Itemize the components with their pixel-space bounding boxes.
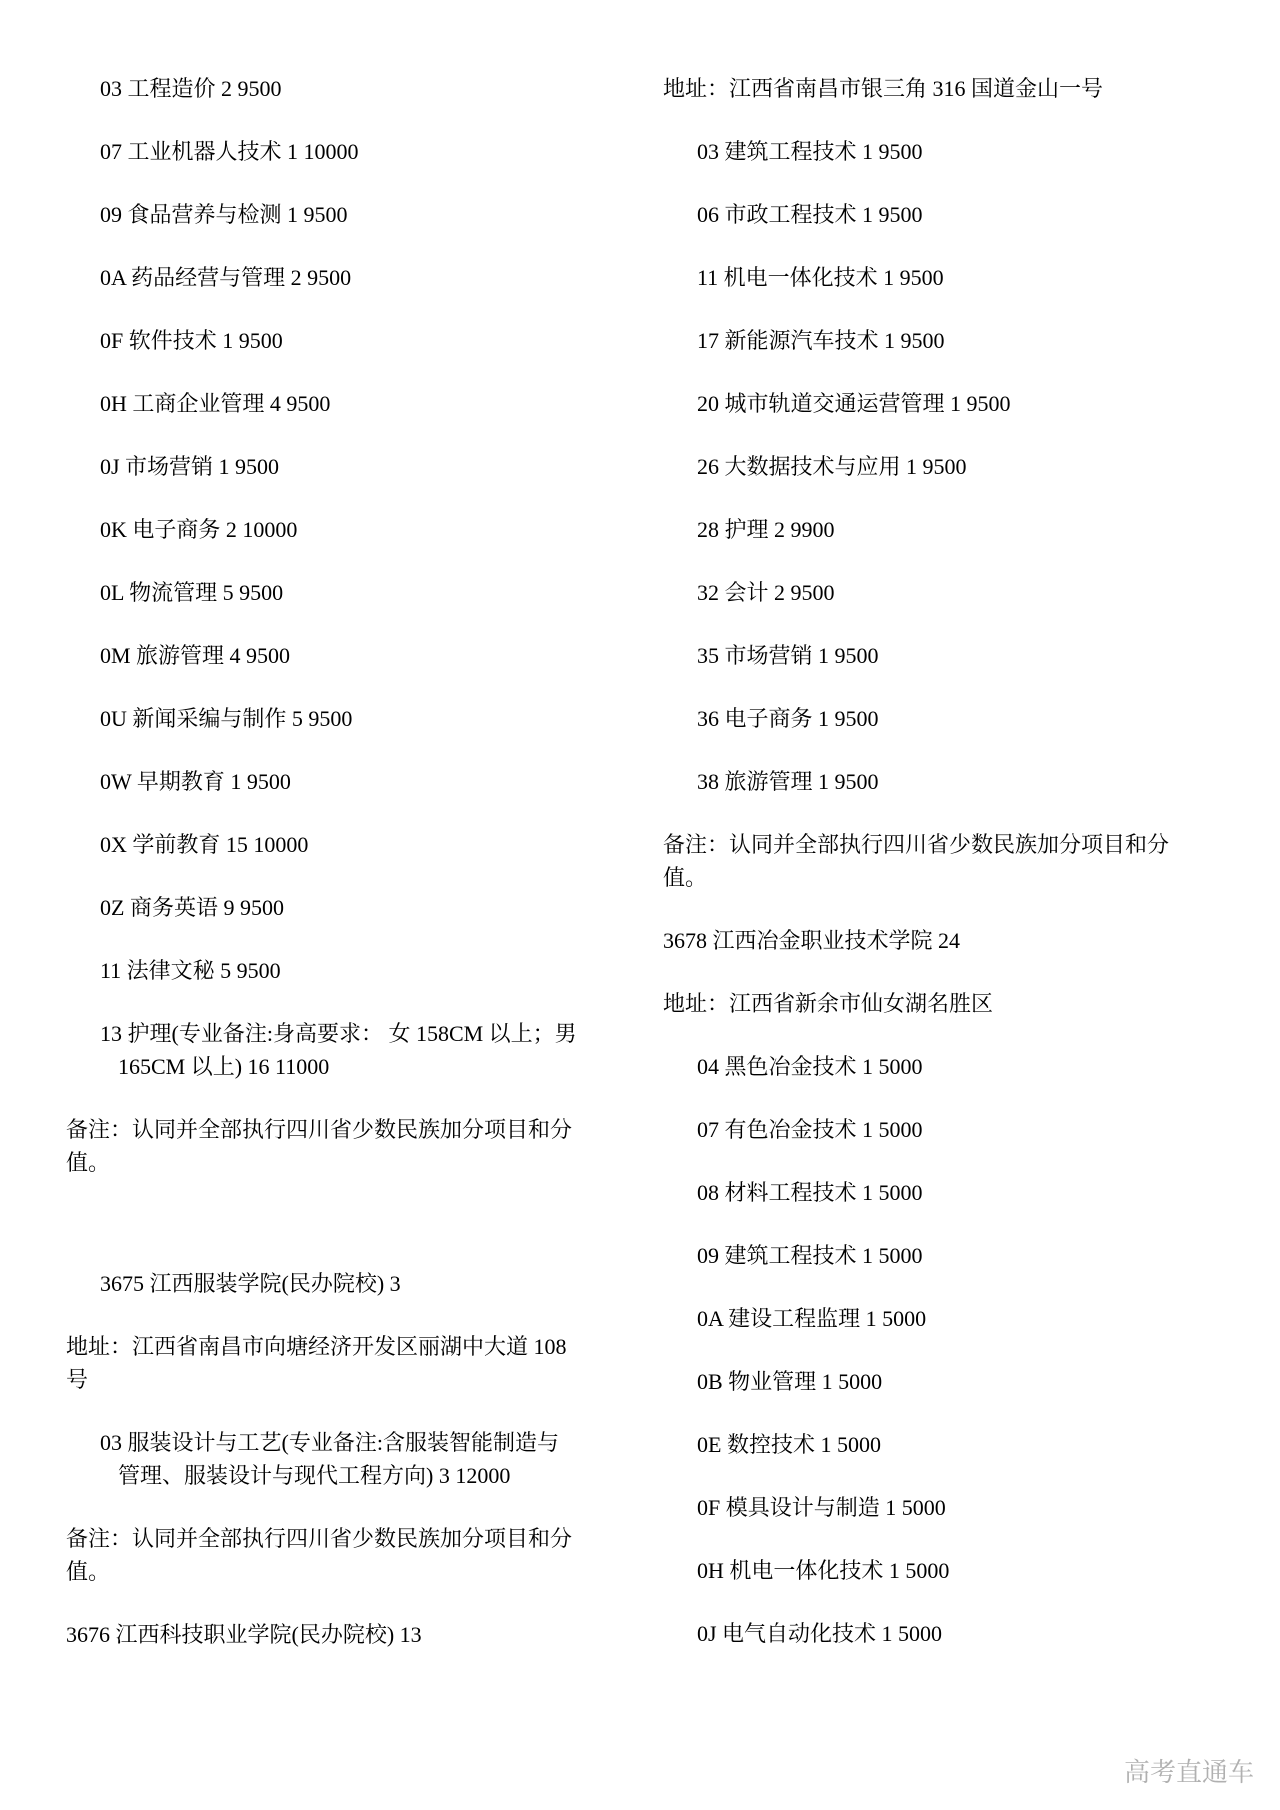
major-row: 03 服装设计与工艺(专业备注:含服装智能制造与 管理、服装设计与现代工程方向)… <box>66 1426 618 1492</box>
major-row: 35 市场营销 1 9500 <box>663 639 1215 672</box>
left-column: 03 工程造价 2 9500 07 工业机器人技术 1 10000 09 食品营… <box>66 72 618 1681</box>
major-row: 0Z 商务英语 9 9500 <box>66 891 618 924</box>
document-body: 03 工程造价 2 9500 07 工业机器人技术 1 10000 09 食品营… <box>66 72 1215 1681</box>
major-row: 38 旅游管理 1 9500 <box>663 765 1215 798</box>
major-row: 0X 学前教育 15 10000 <box>66 828 618 861</box>
major-row: 28 护理 2 9900 <box>663 513 1215 546</box>
address-row: 地址：江西省新余市仙女湖名胜区 <box>663 987 1215 1020</box>
school-row: 3675 江西服装学院(民办院校) 3 <box>66 1267 618 1300</box>
major-row: 08 材料工程技术 1 5000 <box>663 1176 1215 1209</box>
admission-plan-page: 03 工程造价 2 9500 07 工业机器人技术 1 10000 09 食品营… <box>0 0 1280 1810</box>
major-row: 03 工程造价 2 9500 <box>66 72 618 105</box>
note-row: 备注：认同并全部执行四川省少数民族加分项目和分 值。 <box>66 1522 618 1588</box>
watermark: 高考直通车 <box>1124 1758 1254 1788</box>
major-row: 03 建筑工程技术 1 9500 <box>663 135 1215 168</box>
major-row: 0B 物业管理 1 5000 <box>663 1365 1215 1398</box>
school-row: 3678 江西冶金职业技术学院 24 <box>663 924 1215 957</box>
major-row: 0H 机电一体化技术 1 5000 <box>663 1554 1215 1587</box>
school-row: 3676 江西科技职业学院(民办院校) 13 <box>66 1618 618 1651</box>
major-row: 07 工业机器人技术 1 10000 <box>66 135 618 168</box>
major-row: 13 护理(专业备注:身高要求： 女 158CM 以上；男 165CM 以上) … <box>66 1017 618 1083</box>
major-row: 11 法律文秘 5 9500 <box>66 954 618 987</box>
major-row: 32 会计 2 9500 <box>663 576 1215 609</box>
major-row: 17 新能源汽车技术 1 9500 <box>663 324 1215 357</box>
major-row: 09 食品营养与检测 1 9500 <box>66 198 618 231</box>
major-row: 0L 物流管理 5 9500 <box>66 576 618 609</box>
major-row: 0M 旅游管理 4 9500 <box>66 639 618 672</box>
right-column: 地址：江西省南昌市银三角 316 国道金山一号 03 建筑工程技术 1 9500… <box>663 72 1215 1681</box>
major-row: 0J 市场营销 1 9500 <box>66 450 618 483</box>
major-row: 09 建筑工程技术 1 5000 <box>663 1239 1215 1272</box>
major-row: 20 城市轨道交通运营管理 1 9500 <box>663 387 1215 420</box>
section-gap <box>66 1209 618 1267</box>
major-row: 11 机电一体化技术 1 9500 <box>663 261 1215 294</box>
major-row: 0F 模具设计与制造 1 5000 <box>663 1491 1215 1524</box>
major-row: 0A 药品经营与管理 2 9500 <box>66 261 618 294</box>
major-row: 0K 电子商务 2 10000 <box>66 513 618 546</box>
major-row: 0U 新闻采编与制作 5 9500 <box>66 702 618 735</box>
major-row: 06 市政工程技术 1 9500 <box>663 198 1215 231</box>
major-row: 26 大数据技术与应用 1 9500 <box>663 450 1215 483</box>
major-row: 04 黑色冶金技术 1 5000 <box>663 1050 1215 1083</box>
address-row: 地址：江西省南昌市银三角 316 国道金山一号 <box>663 72 1215 105</box>
note-row: 备注：认同并全部执行四川省少数民族加分项目和分 值。 <box>663 828 1215 894</box>
major-row: 0F 软件技术 1 9500 <box>66 324 618 357</box>
major-row: 0J 电气自动化技术 1 5000 <box>663 1617 1215 1650</box>
major-row: 0A 建设工程监理 1 5000 <box>663 1302 1215 1335</box>
major-row: 36 电子商务 1 9500 <box>663 702 1215 735</box>
major-row: 07 有色冶金技术 1 5000 <box>663 1113 1215 1146</box>
note-row: 备注：认同并全部执行四川省少数民族加分项目和分 值。 <box>66 1113 618 1179</box>
address-row: 地址：江西省南昌市向塘经济开发区丽湖中大道 108 号 <box>66 1330 618 1396</box>
major-row: 0W 早期教育 1 9500 <box>66 765 618 798</box>
major-row: 0E 数控技术 1 5000 <box>663 1428 1215 1461</box>
major-row: 0H 工商企业管理 4 9500 <box>66 387 618 420</box>
